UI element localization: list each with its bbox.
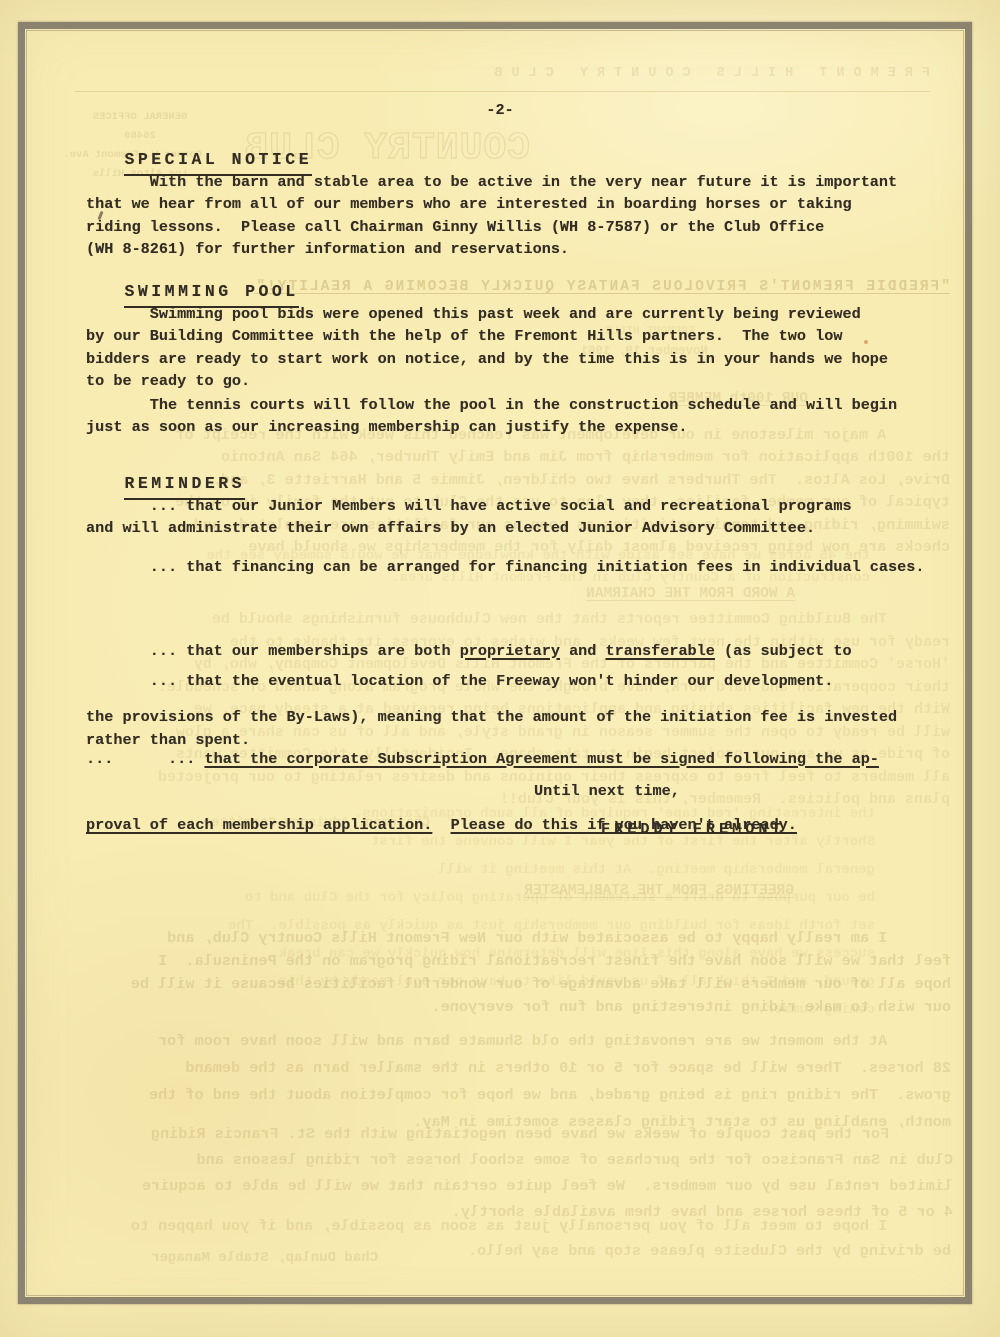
reminder-subscription-agreement: ... ... that the corporate Subscription … bbox=[86, 703, 879, 881]
text-line: With the barn and stable area to be acti… bbox=[86, 171, 897, 193]
text-line: (WH 8-8261) for further information and … bbox=[86, 238, 897, 260]
scanned-newsletter-page: FREMONT HILLS COUNTRY CLUB GENERAL OFFIC… bbox=[0, 0, 1000, 1337]
text-line: bidders are ready to start work on notic… bbox=[86, 348, 888, 370]
text-segment: and bbox=[560, 642, 606, 660]
text-line: riding lessons. Please call Chairman Gin… bbox=[86, 216, 897, 238]
reminder-memberships-line1: ... that our memberships are both propri… bbox=[86, 640, 897, 662]
reminder-freeway: ... that the eventual location of the Fr… bbox=[86, 670, 833, 692]
page-number: -2- bbox=[0, 99, 1000, 121]
text-line: ... that financing can be arranged for f… bbox=[86, 556, 925, 578]
swimming-pool-paragraph-2: The tennis courts will follow the pool i… bbox=[86, 394, 897, 439]
text-line: ... that the eventual location of the Fr… bbox=[86, 670, 833, 692]
reminder-junior-members: ... that our Junior Members will have ac… bbox=[86, 495, 852, 540]
text-line: Swimming pool bids were opened this past… bbox=[86, 303, 888, 325]
text-segment: ... ... bbox=[86, 750, 204, 768]
special-notice-paragraph: With the barn and stable area to be acti… bbox=[86, 171, 897, 260]
underlined-sentence: proval of each membership application. bbox=[86, 816, 432, 834]
text-segment bbox=[432, 816, 450, 834]
text-line: ... that our Junior Members will have ac… bbox=[86, 495, 852, 517]
text-line: to be ready to go. bbox=[86, 370, 888, 392]
text-line: just as soon as our increasing membershi… bbox=[86, 416, 897, 438]
underlined-sentence: that the corporate Subscription Agreemen… bbox=[204, 750, 878, 768]
text-line: that we hear from all of our members who… bbox=[86, 193, 897, 215]
signature-freddy-fremont: FREDDY FREMONT bbox=[601, 818, 785, 840]
underlined-word-proprietary: proprietary bbox=[460, 642, 560, 660]
text-line: and will administrate their own affairs … bbox=[86, 517, 852, 539]
text-segment: (as subject to bbox=[715, 642, 852, 660]
text-line: The tennis courts will follow the pool i… bbox=[86, 394, 897, 416]
swimming-pool-paragraph-1: Swimming pool bids were opened this past… bbox=[86, 303, 888, 392]
reminder-financing: ... that financing can be arranged for f… bbox=[86, 556, 925, 578]
text-line: by our Building Committee with the help … bbox=[86, 325, 888, 347]
text-segment: ... that our memberships are both bbox=[86, 642, 460, 660]
underlined-word-transferable: transferable bbox=[606, 642, 715, 660]
closing-salutation: Until next time, bbox=[534, 780, 680, 802]
subscription-line1: ... ... that the corporate Subscription … bbox=[86, 748, 879, 770]
